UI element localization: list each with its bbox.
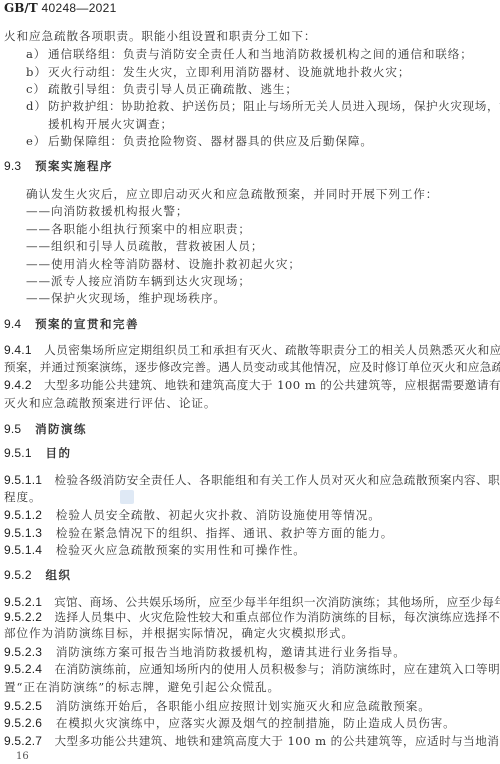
clause-9-5-2-1: 9.5.2.1 宾馆、商场、公共娱乐场所，应至少每半年组织一次消防演练；其他场所…: [4, 595, 500, 609]
list-label-e: e）: [26, 134, 46, 148]
section-intro: 确认发生火灾后，应立即启动灭火和应急疏散预案，并同时开展下列工作：: [26, 187, 438, 201]
dash-item: ——组织和引导人员疏散，营救被困人员；: [26, 239, 263, 253]
watermark-icon: [120, 490, 134, 504]
list-item-b: 灭火行动组：发生火灾，立即利用消防器材、设施就地扑救火灾；: [48, 65, 410, 79]
dash-item: ——向消防救援机构报火警；: [26, 204, 188, 218]
list-item-d: 防护救护组：协助抢救、护送伤员；阻止与场所无关人员进入现场，保护火灾现场，协助消…: [48, 99, 500, 113]
dash-item: ——各职能小组执行预案中的相应职责；: [26, 222, 251, 236]
clause-9-5-2-4: 9.5.2.4 在消防演练前，应通知场所内的使用人员积极参与；消防演练时，应在建…: [4, 662, 500, 676]
clause-9-5-1-4: 9.5.1.4 检验灭火应急疏散预案的实用性和可操作性。: [4, 543, 306, 557]
clause-9-5-2-2: 9.5.2.2 选择人员集中、火灾危险性较大和重点部位作为消防演练的目标，每次演…: [4, 610, 500, 624]
page-number: 16: [16, 751, 29, 762]
list-label-c: c）: [26, 82, 46, 96]
clause-9-5-1-2: 9.5.1.2 检验人员安全疏散、初起火灾扑救、消防设施使用等情况。: [4, 508, 381, 522]
clause-9-5-2-3: 9.5.2.3 消防演练方案可报告当地消防救援机构，邀请其进行业务指导。: [4, 645, 406, 659]
clause-9-5-2-2-cont: 部位作为消防演练目标，并根据实际情况，确定火灾模拟形式。: [4, 626, 354, 640]
list-item-d-cont: 援机构开展火灾调查；: [48, 117, 173, 131]
paragraph-line: 火和应急疏散各项职责。职能小组设置和职责分工如下：: [4, 29, 316, 43]
clause-9-5-2-4-cont: 置“正在消防演练”的标志牌，避免引起公众慌乱。: [4, 680, 280, 694]
section-heading-9-5: 9.5 消防演练: [4, 422, 87, 436]
dash-item: ——使用消火栓等消防器材、设施扑救初起火灾；: [26, 257, 301, 271]
clause-9-5-2-5: 9.5.2.5 消防演练开始后，各职能小组应按照计划实施灭火和应急疏散预案。: [4, 699, 431, 713]
list-label-a: a）: [26, 47, 46, 61]
clause-9-4-1: 9.4.1 人员密集场所应定期组织员工和承担有灭火、疏散等职责分工的相关人员熟悉…: [4, 343, 500, 357]
section-heading-9-3: 9.3 预案实施程序: [4, 159, 113, 173]
section-heading-9-5-1: 9.5.1 目的: [4, 446, 71, 460]
standard-prefix: GB/T: [4, 1, 38, 15]
clause-9-4-2: 9.4.2 大型多功能公共建筑、地铁和建筑高度大于 100 m 的公共建筑等，应…: [4, 378, 500, 392]
list-item-a: 通信联络组：负责与消防安全责任人和当地消防救援机构之间的通信和联络；: [48, 47, 473, 61]
dash-item: ——保护火灾现场，维护现场秩序。: [26, 291, 226, 305]
dash-item: ——派专人接应消防车辆到达火灾现场；: [26, 274, 251, 288]
clause-9-5-2-7: 9.5.2.7 大型多功能公共建筑、地铁和建筑高度大于 100 m 的公共建筑等…: [4, 734, 500, 748]
list-label-d: d）: [26, 99, 47, 113]
clause-9-5-1-1: 9.5.1.1 检验各级消防安全责任人、各职能组和有关工作人员对灭火和应急疏散预…: [4, 473, 500, 487]
clause-9-5-1-1-cont: 程度。: [4, 490, 41, 504]
list-item-c: 疏散引导组：负责引导人员正确疏散、逃生；: [48, 82, 298, 96]
clause-9-5-2-6: 9.5.2.6 在模拟火灾演练中，应落实火源及烟气的控制措施，防止造成人员伤害。: [4, 716, 456, 730]
standard-number: 40248—2021: [42, 1, 117, 15]
list-label-b: b）: [26, 65, 47, 79]
section-heading-9-5-2: 9.5.2 组织: [4, 568, 71, 582]
document-header: GB/T 40248—2021: [4, 1, 117, 15]
section-heading-9-4: 9.4 预案的宣贯和完善: [4, 317, 139, 331]
list-item-e: 后勤保障组：负责抢险物资、器材器具的供应及后勤保障。: [48, 134, 373, 148]
clause-9-5-1-3: 9.5.1.3 检验在紧急情况下的组织、指挥、通讯、救护等方面的能力。: [4, 526, 393, 540]
clause-9-4-1-cont: 预案，并通过预案演练，逐步修改完善。遇人员变动或其他情况，应及时修订单位灭火和应…: [4, 360, 500, 374]
clause-9-4-2-cont: 灭火和应急疏散预案进行评估、论证。: [4, 396, 216, 410]
